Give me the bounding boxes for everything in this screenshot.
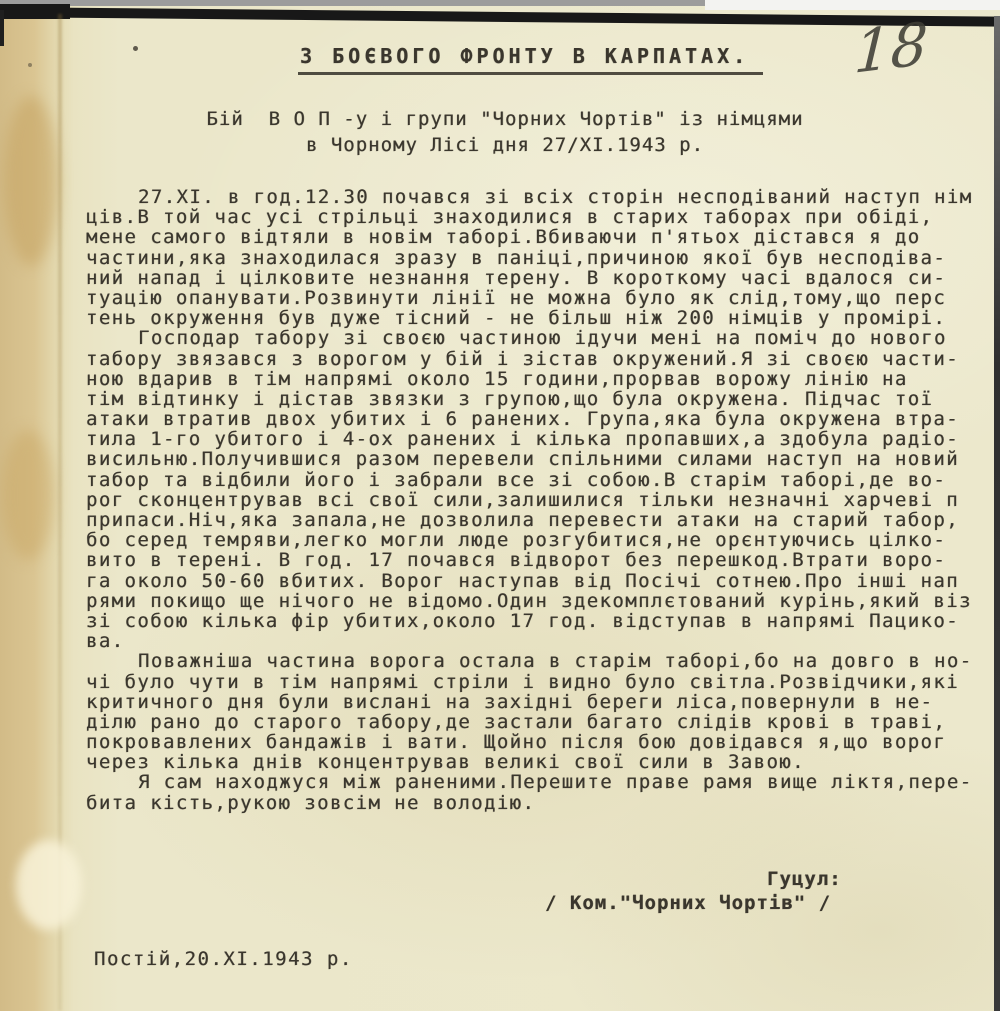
text-line: табору звязався з ворогом у бій і зістав… xyxy=(86,349,992,369)
text-line: Поважніша частина ворога остала в старім… xyxy=(86,651,992,671)
text-line: тила 1-го убитого і 4-ох ранених і кільк… xyxy=(86,429,992,449)
paper-stain xyxy=(2,430,54,560)
subtitle-line: в Чорному Лісі дня 27/XI.1943 р. xyxy=(148,132,862,158)
text-line: мене самого відтяли в новім таборі.Вбива… xyxy=(86,227,992,247)
signature-name: Гуцул: xyxy=(545,867,842,891)
text-line: частини,яка знаходилася зразу в паніці,п… xyxy=(86,248,992,268)
text-line: рог сконцентрував всі свої сили,залишили… xyxy=(86,490,992,510)
text-line: через кілька днів концентрував великі св… xyxy=(86,752,992,772)
text-line: ва. xyxy=(86,631,992,651)
text-line: ною вдарив в тім напрямі около 15 години… xyxy=(86,369,992,389)
ink-speck xyxy=(133,46,138,51)
signature-role: / Ком."Чорних Чортів" / xyxy=(545,891,842,915)
text-line: висильню.Получившися разом перевели спіл… xyxy=(86,449,992,469)
text-line: ний напад і цілковите незнання терену. В… xyxy=(86,268,992,288)
scan-edge-top-white xyxy=(705,0,1000,10)
text-line: га около 50-60 вбитих. Ворог наступав ві… xyxy=(86,571,992,591)
scan-edge-top-gray xyxy=(0,0,730,6)
handwritten-page-number: 18 xyxy=(852,9,929,87)
document-subtitle: Бій В О П -у і групи "Чорних Чортів" із … xyxy=(148,106,862,158)
text-line: зі собою кілька фір убитих,около 17 год.… xyxy=(86,611,992,631)
text-line: покровавлених бандажів і вати. Щойно піс… xyxy=(86,732,992,752)
text-line: тень окруження був дуже тісний - не біль… xyxy=(86,308,992,328)
text-line: атаки втратив двох убитих і 6 ранених. Г… xyxy=(86,409,992,429)
ink-speck xyxy=(28,63,32,67)
paragraph-1: 27.XI. в год.12.30 почався зі всіх сторі… xyxy=(86,187,992,328)
text-line: вито в терені. В год. 17 почався відворо… xyxy=(86,550,992,570)
text-line: бо серед темряви,легко могли люде розгуб… xyxy=(86,530,992,550)
text-line: тім відтинку і дістав звязки з групою,що… xyxy=(86,389,992,409)
paragraph-3: Поважніша частина ворога остала в старім… xyxy=(86,651,992,772)
paragraph-2: Господар табору зі своєю частиною ідучи … xyxy=(86,328,992,651)
text-line: 27.XI. в год.12.30 почався зі всіх сторі… xyxy=(86,187,992,207)
paper-stain xyxy=(4,96,58,266)
text-line: чі було чути в тім напрямі стріли і видн… xyxy=(86,672,992,692)
signature-block: Гуцул: / Ком."Чорних Чортів" / xyxy=(545,867,842,915)
text-line: бита кість,рукою зовсім не володію. xyxy=(86,793,992,813)
text-line: ділю рано до старого табору,де застали б… xyxy=(86,712,992,732)
paper-stain xyxy=(16,840,82,930)
text-line: критичного дня були вислані на західні б… xyxy=(86,692,992,712)
text-line: ців.В той час усі стрільці знаходилися в… xyxy=(86,207,992,227)
scanned-document-page: 18 З БОЄВОГО ФРОНТУ В КАРПАТАХ. Бій В О … xyxy=(0,0,1000,1011)
subtitle-line: Бій В О П -у і групи "Чорних Чортів" із … xyxy=(148,106,862,132)
scan-edge-right xyxy=(994,16,1000,1011)
text-line: рями покищо ще нічого не відомо.Один зде… xyxy=(86,591,992,611)
text-line: Господар табору зі своєю частиною ідучи … xyxy=(86,328,992,348)
text-line: Я сам находжуся між раненими.Перешите пр… xyxy=(86,772,992,792)
document-body: 27.XI. в год.12.30 почався зі всіх сторі… xyxy=(86,187,992,813)
text-line: табор та відбили його і забрали все зі с… xyxy=(86,470,992,490)
text-line: туацію опанувати.Розвинути лінії не можн… xyxy=(86,288,992,308)
scan-edge-left-mark xyxy=(0,10,4,46)
text-line: припаси.Ніч,яка запала,не дозволила пере… xyxy=(86,510,992,530)
paragraph-4: Я сам находжуся між раненими.Перешите пр… xyxy=(86,772,992,812)
document-title: З БОЄВОГО ФРОНТУ В КАРПАТАХ. xyxy=(298,44,763,75)
dateline: Постій,20.XI.1943 р. xyxy=(94,948,353,970)
